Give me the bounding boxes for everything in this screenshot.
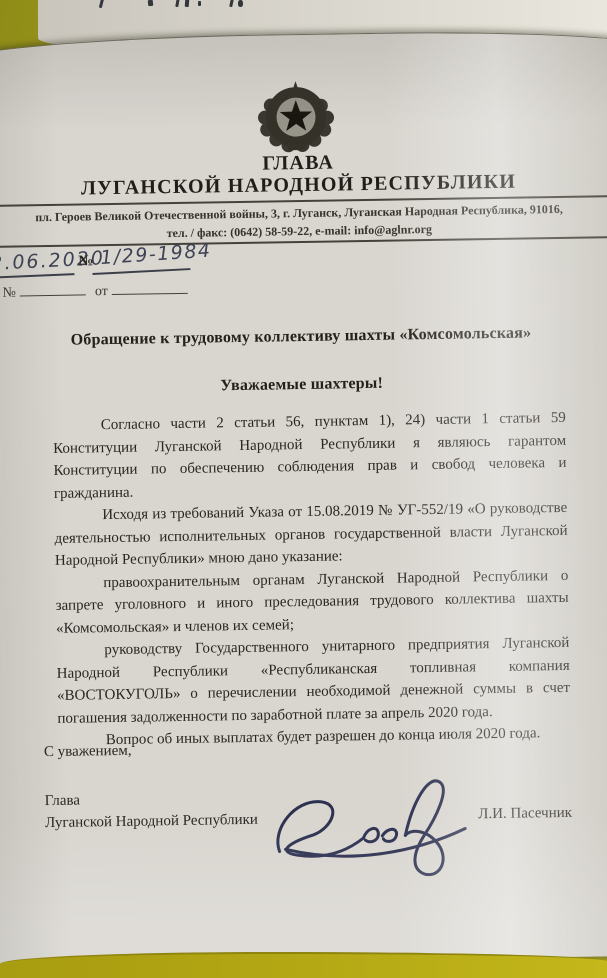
letter-body: Согласно части 2 статьи 56, пунктам 1), … — [53, 407, 571, 753]
number-sign-label: № — [78, 253, 93, 270]
signer-title-line2: Луганской Народной Республики — [45, 810, 258, 834]
paragraph-3: правоохранительным органам Луганской Нар… — [55, 564, 569, 640]
reply-number-blank — [19, 281, 85, 296]
paragraph-2: Исходя из требований Указа от 15.08.2019… — [54, 497, 568, 573]
signer-title-line1: Глава — [45, 791, 81, 813]
number-blank-line — [92, 268, 190, 275]
subject-line: Обращение к трудовому коллективу шахты «… — [0, 323, 605, 351]
reply-reference-line: На № от — [0, 280, 187, 302]
photographed-document: ГЛАВА ЛУГАНСКОЙ НАРОДНОЙ РЕСПУБЛИКИ пл. … — [0, 0, 607, 978]
paragraph-1: Согласно части 2 статьи 56, пунктам 1), … — [53, 407, 567, 505]
date-blank-line — [0, 273, 74, 280]
handwritten-signature-icon — [262, 768, 474, 887]
paragraph-4: руководству Государственного унитарного … — [56, 632, 570, 730]
reply-from-label: от — [95, 284, 108, 299]
lnr-coat-of-arms-icon — [240, 76, 353, 156]
table-surface-bottom — [0, 952, 607, 978]
regards-line: С уважением, — [44, 741, 132, 763]
salutation: Уважаемые шахтеры! — [0, 371, 605, 399]
reply-date-blank — [111, 280, 187, 295]
letter-paper: ГЛАВА ЛУГАНСКОЙ НАРОДНОЙ РЕСПУБЛИКИ пл. … — [0, 28, 607, 966]
reply-prefix-label: На № — [0, 286, 16, 302]
signer-name: Л.И. Пасечник — [478, 803, 572, 825]
